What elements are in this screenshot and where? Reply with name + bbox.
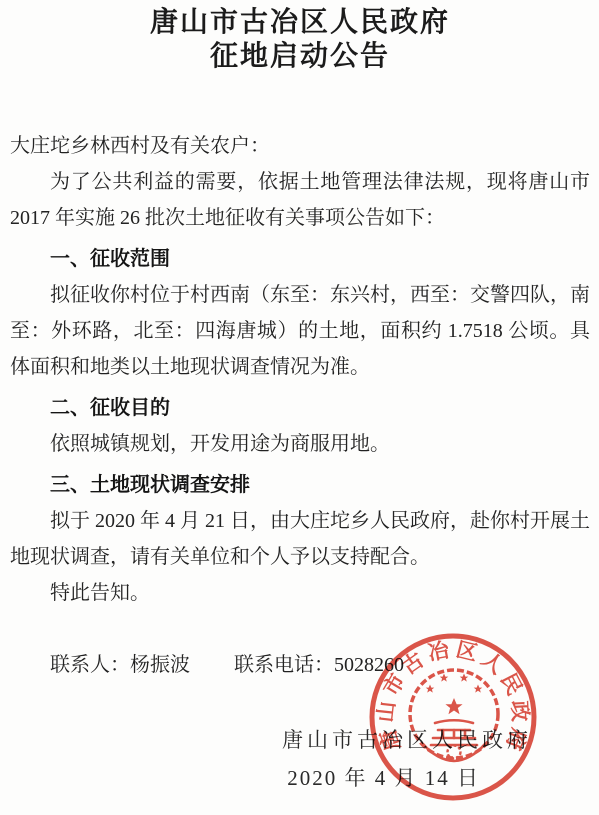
contact-name: 杨振波 <box>130 654 190 676</box>
section-3-text: 拟于 2020 年 4 月 21 日，由大庄坨乡人民政府，赴你村开展土地现状调查… <box>10 503 590 575</box>
section-2-heading: 二、征收目的 <box>10 390 590 426</box>
intro-paragraph: 为了公共利益的需要，依据土地管理法律法规，现将唐山市 2017 年实施 26 批… <box>10 164 590 236</box>
section-1-text: 拟征收你村位于村西南（东至：东兴村，西至：交警四队，南至：外环路，北至：四海唐城… <box>10 277 590 385</box>
document-title-line2: 征地启动公告 <box>10 40 590 74</box>
section-1-heading: 一、征收范围 <box>10 241 590 277</box>
contact-label: 联系人： <box>50 654 130 676</box>
section-3-heading: 三、土地现状调查安排 <box>10 467 590 503</box>
closing-text: 特此告知。 <box>10 575 590 611</box>
issue-date: 2020 年 4 月 14 日 <box>10 763 590 793</box>
document-page: 唐山市古冶区人民政府 征地启动公告 大庄坨乡林西村及有关农户： 为了公共利益的需… <box>0 0 599 815</box>
phone-number: 5028260 <box>334 654 404 676</box>
contact-line: 联系人：杨振波联系电话：5028260 <box>10 647 590 683</box>
phone-label: 联系电话： <box>234 654 334 676</box>
salutation: 大庄坨乡林西村及有关农户： <box>10 128 590 164</box>
document-body: 唐山市古冶区人民政府 征地启动公告 大庄坨乡林西村及有关农户： 为了公共利益的需… <box>0 0 599 793</box>
issuer-name: 唐山市古冶区人民政府 <box>10 725 590 755</box>
document-title-line1: 唐山市古冶区人民政府 <box>10 6 590 40</box>
section-2-text: 依照城镇规划，开发用途为商服用地。 <box>10 426 590 462</box>
